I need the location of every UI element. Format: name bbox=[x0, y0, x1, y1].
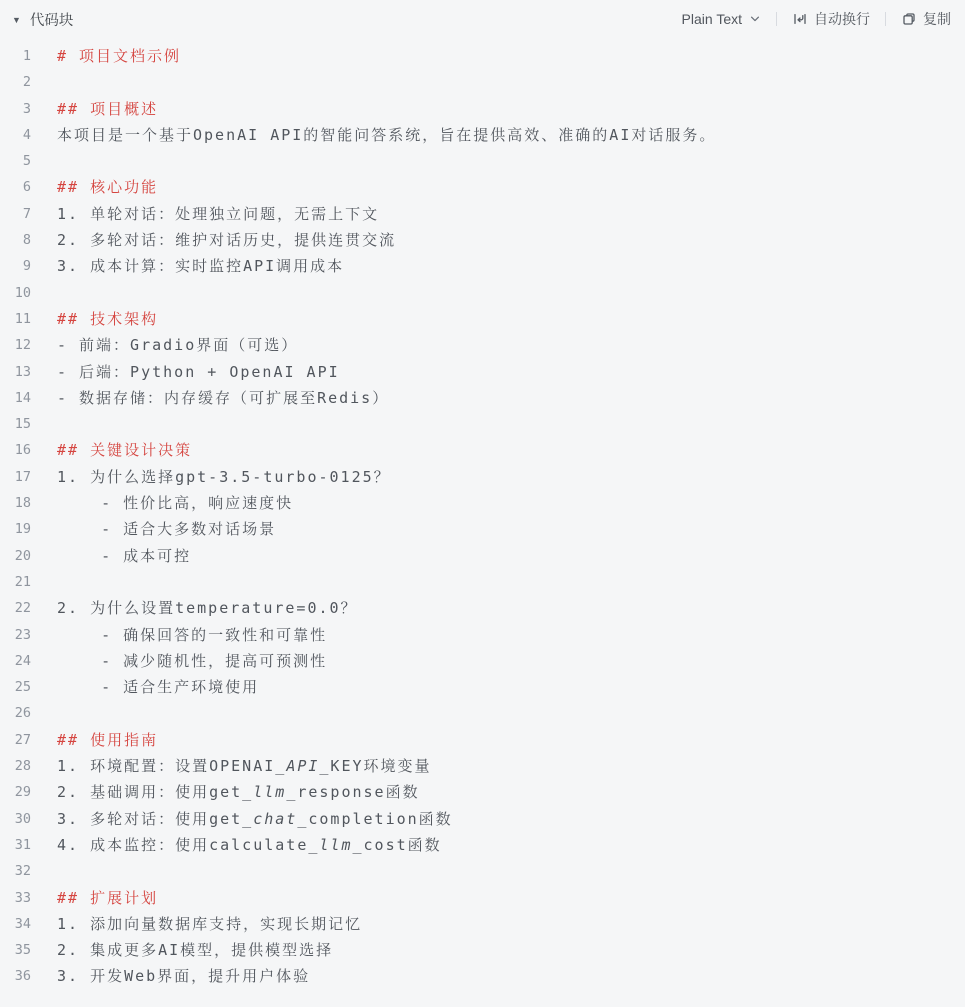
word-wrap-toggle[interactable]: 自动换行 bbox=[792, 9, 870, 29]
line-content: - 适合大多数对话场景 bbox=[57, 516, 276, 542]
line-number: 19 bbox=[0, 516, 31, 542]
code-text: _KEY环境变量 bbox=[319, 757, 431, 775]
chevron-down-icon bbox=[749, 13, 761, 25]
line-number: 1 bbox=[0, 43, 31, 69]
code-line: 24 - 减少随机性，提高可预测性 bbox=[0, 648, 965, 674]
markdown-heading-text: ## 关键设计决策 bbox=[57, 441, 192, 459]
line-content: 3. 多轮对话：使用get_chat_completion函数 bbox=[57, 806, 453, 832]
code-block-title: 代码块 bbox=[30, 9, 74, 30]
header-separator bbox=[776, 12, 777, 26]
code-text: 1. 单轮对话：处理独立问题，无需上下文 bbox=[57, 205, 379, 223]
line-number: 35 bbox=[0, 937, 31, 963]
line-number: 5 bbox=[0, 148, 31, 174]
code-line: 6## 核心功能 bbox=[0, 174, 965, 200]
word-wrap-icon bbox=[792, 11, 808, 27]
code-text: 2. 基础调用：使用get_ bbox=[57, 783, 253, 801]
line-number: 22 bbox=[0, 595, 31, 621]
collapse-triangle-icon[interactable]: ▼ bbox=[12, 16, 21, 25]
line-content: ## 核心功能 bbox=[57, 174, 158, 200]
line-number: 36 bbox=[0, 963, 31, 989]
line-content: - 前端：Gradio界面（可选） bbox=[57, 332, 298, 358]
line-content: - 确保回答的一致性和可靠性 bbox=[57, 622, 327, 648]
line-content: ## 关键设计决策 bbox=[57, 437, 192, 463]
markdown-heading-text: ## 使用指南 bbox=[57, 731, 158, 749]
line-number: 24 bbox=[0, 648, 31, 674]
italic-text: chat bbox=[253, 810, 297, 828]
line-content: - 数据存储：内存缓存（可扩展至Redis） bbox=[57, 385, 389, 411]
line-number: 27 bbox=[0, 727, 31, 753]
code-text: 1. 环境配置：设置OPENAI_ bbox=[57, 757, 286, 775]
line-number: 10 bbox=[0, 280, 31, 306]
line-number: 3 bbox=[0, 96, 31, 122]
line-content: 4. 成本监控：使用calculate_llm_cost函数 bbox=[57, 832, 442, 858]
line-content: 2. 集成更多AI模型，提供模型选择 bbox=[57, 937, 333, 963]
line-number: 14 bbox=[0, 385, 31, 411]
line-number: 4 bbox=[0, 122, 31, 148]
line-content: ## 项目概述 bbox=[57, 96, 158, 122]
code-text: 3. 开发Web界面，提升用户体验 bbox=[57, 967, 310, 985]
code-text: 2. 集成更多AI模型，提供模型选择 bbox=[57, 941, 333, 959]
code-block-header-left: ▼ 代码块 bbox=[12, 9, 73, 30]
line-content: - 后端：Python + OpenAI API bbox=[57, 359, 340, 385]
code-block-header: ▼ 代码块 Plain Text bbox=[0, 0, 965, 38]
code-line: 27## 使用指南 bbox=[0, 727, 965, 753]
code-line: 18 - 性价比高，响应速度快 bbox=[0, 490, 965, 516]
line-content: 3. 成本计算：实时监控API调用成本 bbox=[57, 253, 344, 279]
code-text: 3. 成本计算：实时监控API调用成本 bbox=[57, 257, 344, 275]
code-line: 292. 基础调用：使用get_llm_response函数 bbox=[0, 779, 965, 805]
code-area: 1# 项目文档示例23## 项目概述4本项目是一个基于OpenAI API的智能… bbox=[0, 38, 965, 1004]
code-line: 341. 添加向量数据库支持，实现长期记忆 bbox=[0, 911, 965, 937]
line-number: 17 bbox=[0, 464, 31, 490]
code-line: 2 bbox=[0, 69, 965, 95]
code-line: 26 bbox=[0, 700, 965, 726]
code-line: 1# 项目文档示例 bbox=[0, 43, 965, 69]
code-text: - 性价比高，响应速度快 bbox=[57, 494, 293, 512]
code-line: 3## 项目概述 bbox=[0, 96, 965, 122]
code-line: 171. 为什么选择gpt-3.5-turbo-0125？ bbox=[0, 464, 965, 490]
code-line: 303. 多轮对话：使用get_chat_completion函数 bbox=[0, 806, 965, 832]
line-number: 8 bbox=[0, 227, 31, 253]
code-line: 33## 扩展计划 bbox=[0, 885, 965, 911]
markdown-heading-text: ## 扩展计划 bbox=[57, 889, 158, 907]
line-number: 23 bbox=[0, 622, 31, 648]
line-number: 31 bbox=[0, 832, 31, 858]
code-text: 4. 成本监控：使用calculate_ bbox=[57, 836, 319, 854]
line-content: 2. 基础调用：使用get_llm_response函数 bbox=[57, 779, 420, 805]
code-text: _completion函数 bbox=[297, 810, 452, 828]
line-number: 30 bbox=[0, 806, 31, 832]
line-number: 2 bbox=[0, 69, 31, 95]
code-line: 16## 关键设计决策 bbox=[0, 437, 965, 463]
italic-text: llm bbox=[319, 836, 352, 854]
line-content: - 性价比高，响应速度快 bbox=[57, 490, 293, 516]
line-number: 20 bbox=[0, 543, 31, 569]
code-line: 19 - 适合大多数对话场景 bbox=[0, 516, 965, 542]
italic-text: API bbox=[286, 757, 319, 775]
code-line: 4本项目是一个基于OpenAI API的智能问答系统，旨在提供高效、准确的AI对… bbox=[0, 122, 965, 148]
line-number: 7 bbox=[0, 201, 31, 227]
code-line: 71. 单轮对话：处理独立问题，无需上下文 bbox=[0, 201, 965, 227]
line-content: - 减少随机性，提高可预测性 bbox=[57, 648, 327, 674]
line-content: 1. 单轮对话：处理独立问题，无需上下文 bbox=[57, 201, 379, 227]
line-content: 1. 环境配置：设置OPENAI_API_KEY环境变量 bbox=[57, 753, 432, 779]
line-number: 32 bbox=[0, 858, 31, 884]
markdown-heading-text: ## 核心功能 bbox=[57, 178, 158, 196]
code-line: 20 - 成本可控 bbox=[0, 543, 965, 569]
code-line: 363. 开发Web界面，提升用户体验 bbox=[0, 963, 965, 989]
line-number: 12 bbox=[0, 332, 31, 358]
line-content: ## 使用指南 bbox=[57, 727, 158, 753]
code-text: _response函数 bbox=[286, 783, 419, 801]
code-text: - 前端：Gradio界面（可选） bbox=[57, 336, 298, 354]
code-text: - 后端：Python + OpenAI API bbox=[57, 363, 340, 381]
code-block-header-right: Plain Text 自动换行 bbox=[682, 9, 951, 29]
code-text: _cost函数 bbox=[353, 836, 442, 854]
code-line: 21 bbox=[0, 569, 965, 595]
code-text: 3. 多轮对话：使用get_ bbox=[57, 810, 253, 828]
code-line: 12- 前端：Gradio界面（可选） bbox=[0, 332, 965, 358]
code-line: 314. 成本监控：使用calculate_llm_cost函数 bbox=[0, 832, 965, 858]
line-content: ## 扩展计划 bbox=[57, 885, 158, 911]
code-line: 10 bbox=[0, 280, 965, 306]
line-content: - 适合生产环境使用 bbox=[57, 674, 259, 700]
line-content: 1. 添加向量数据库支持，实现长期记忆 bbox=[57, 911, 362, 937]
line-number: 25 bbox=[0, 674, 31, 700]
line-number: 9 bbox=[0, 253, 31, 279]
line-number: 33 bbox=[0, 885, 31, 911]
line-content: 3. 开发Web界面，提升用户体验 bbox=[57, 963, 310, 989]
code-line: 23 - 确保回答的一致性和可靠性 bbox=[0, 622, 965, 648]
code-text: 本项目是一个基于OpenAI API的智能问答系统，旨在提供高效、准确的AI对话… bbox=[57, 126, 716, 144]
line-content: 本项目是一个基于OpenAI API的智能问答系统，旨在提供高效、准确的AI对话… bbox=[57, 122, 716, 148]
line-number: 28 bbox=[0, 753, 31, 779]
line-content: - 成本可控 bbox=[57, 543, 191, 569]
code-line: 11## 技术架构 bbox=[0, 306, 965, 332]
code-line: 14- 数据存储：内存缓存（可扩展至Redis） bbox=[0, 385, 965, 411]
word-wrap-label: 自动换行 bbox=[814, 9, 870, 29]
copy-label: 复制 bbox=[923, 9, 951, 29]
line-number: 21 bbox=[0, 569, 31, 595]
code-line: 222. 为什么设置temperature=0.0？ bbox=[0, 595, 965, 621]
line-content: 1. 为什么选择gpt-3.5-turbo-0125？ bbox=[57, 464, 391, 490]
markdown-heading-text: # 项目文档示例 bbox=[57, 47, 181, 65]
code-text: 2. 多轮对话：维护对话历史，提供连贯交流 bbox=[57, 231, 396, 249]
line-content: ## 技术架构 bbox=[57, 306, 158, 332]
code-text: - 减少随机性，提高可预测性 bbox=[57, 652, 327, 670]
line-number: 18 bbox=[0, 490, 31, 516]
copy-icon bbox=[901, 11, 917, 27]
markdown-heading-text: ## 项目概述 bbox=[57, 100, 158, 118]
code-text: 2. 为什么设置temperature=0.0？ bbox=[57, 599, 358, 617]
line-content: 2. 为什么设置temperature=0.0？ bbox=[57, 595, 358, 621]
line-number: 6 bbox=[0, 174, 31, 200]
code-line: 13- 后端：Python + OpenAI API bbox=[0, 359, 965, 385]
code-text: - 适合大多数对话场景 bbox=[57, 520, 276, 538]
language-label: Plain Text bbox=[682, 11, 742, 27]
code-text: 1. 添加向量数据库支持，实现长期记忆 bbox=[57, 915, 362, 933]
code-line: 82. 多轮对话：维护对话历史，提供连贯交流 bbox=[0, 227, 965, 253]
line-number: 26 bbox=[0, 700, 31, 726]
copy-button[interactable]: 复制 bbox=[901, 9, 951, 29]
line-content: # 项目文档示例 bbox=[57, 43, 181, 69]
code-line: 25 - 适合生产环境使用 bbox=[0, 674, 965, 700]
code-text: - 适合生产环境使用 bbox=[57, 678, 259, 696]
code-line: 352. 集成更多AI模型，提供模型选择 bbox=[0, 937, 965, 963]
line-number: 13 bbox=[0, 359, 31, 385]
code-text: - 成本可控 bbox=[57, 547, 191, 565]
line-number: 15 bbox=[0, 411, 31, 437]
line-number: 34 bbox=[0, 911, 31, 937]
code-text: - 数据存储：内存缓存（可扩展至Redis） bbox=[57, 389, 389, 407]
line-number: 16 bbox=[0, 437, 31, 463]
code-line: 32 bbox=[0, 858, 965, 884]
header-separator bbox=[885, 12, 886, 26]
language-selector[interactable]: Plain Text bbox=[682, 11, 761, 27]
code-line: 15 bbox=[0, 411, 965, 437]
markdown-heading-text: ## 技术架构 bbox=[57, 310, 158, 328]
line-number: 29 bbox=[0, 779, 31, 805]
code-line: 5 bbox=[0, 148, 965, 174]
code-text: 1. 为什么选择gpt-3.5-turbo-0125？ bbox=[57, 468, 391, 486]
line-content: 2. 多轮对话：维护对话历史，提供连贯交流 bbox=[57, 227, 396, 253]
code-block: ▼ 代码块 Plain Text bbox=[0, 0, 965, 1007]
line-number: 11 bbox=[0, 306, 31, 332]
code-line: 281. 环境配置：设置OPENAI_API_KEY环境变量 bbox=[0, 753, 965, 779]
italic-text: llm bbox=[253, 783, 286, 801]
code-text: - 确保回答的一致性和可靠性 bbox=[57, 626, 327, 644]
code-line: 93. 成本计算：实时监控API调用成本 bbox=[0, 253, 965, 279]
